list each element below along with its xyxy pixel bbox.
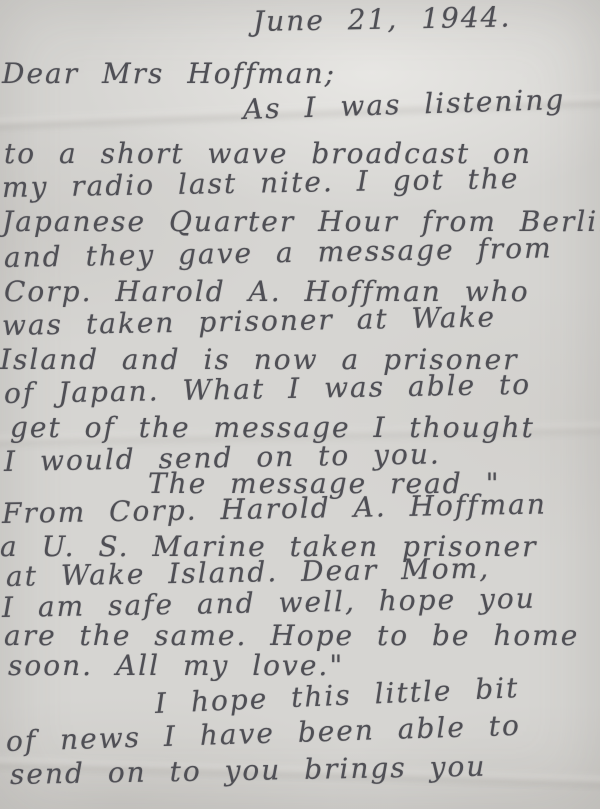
letter-line: I am safe and well, hope you (2, 585, 536, 622)
letter-line: From Corp. Harold A. Hoffman (2, 490, 547, 528)
letter-line: was taken prisoner at Wake (2, 303, 497, 340)
date-line: June 21, 1944. (253, 3, 512, 36)
letter-line: and they gave a message from (4, 234, 553, 272)
letter-line: my radio last nite. I got the (2, 165, 520, 202)
letter-line: get of the message I thought (10, 414, 535, 442)
salutation-line: Dear Mrs Hoffman; (2, 60, 336, 88)
letter-page: June 21, 1944. Dear Mrs Hoffman; As I wa… (0, 0, 600, 809)
letter-line: As I was listening (243, 86, 566, 124)
letter-line: of Japan. What I was able to (4, 371, 532, 408)
letter-line: soon. All my love." (8, 652, 344, 680)
letter-line: are the same. Hope to be home (4, 622, 579, 650)
letter-line: of news I have been able to (6, 712, 522, 756)
letter-line: send on to you brings you (10, 753, 487, 789)
